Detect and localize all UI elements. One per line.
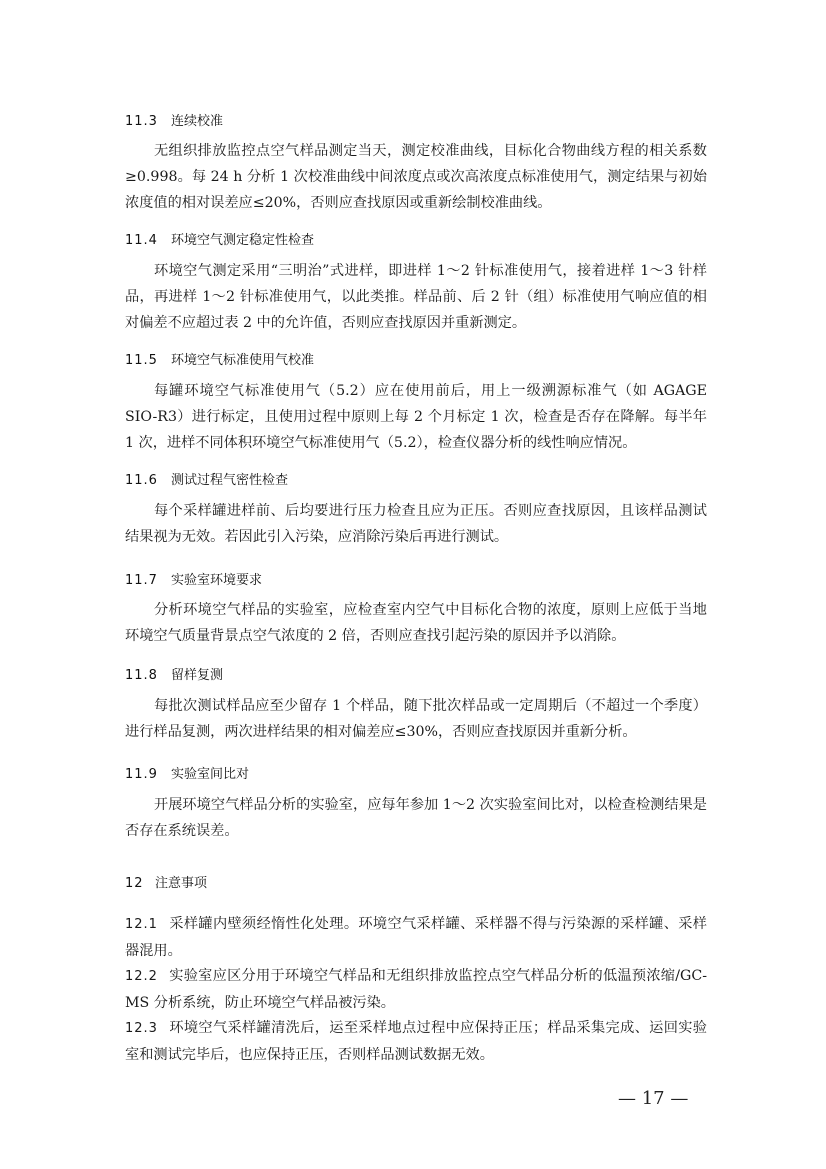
section-paragraph-11-6: 每个采样罐进样前、后均要进行压力检查且应为正压。否则应查找原因，且该样品测试结果… — [125, 498, 707, 550]
note-item-12-1: 12.1采样罐内壁须经惰性化处理。环境空气采样罐、采样器不得与污染源的采样罐、采… — [125, 911, 707, 964]
section-heading-11-5: 11.5环境空气标准使用气校准 — [125, 349, 314, 368]
section-number: 11.8 — [125, 668, 171, 683]
chapter-number: 12 — [125, 876, 155, 891]
section-heading-11-6: 11.6测试过程气密性检查 — [125, 469, 288, 488]
section-heading-11-9: 11.9实验室间比对 — [125, 763, 249, 782]
section-heading-11-8: 11.8留样复测 — [125, 664, 223, 683]
section-number: 11.5 — [125, 353, 171, 368]
section-number: 11.9 — [125, 767, 171, 782]
section-heading-11-4: 11.4环境空气测定稳定性检查 — [125, 229, 314, 248]
section-title: 实验室环境要求 — [171, 573, 262, 588]
section-title: 留样复测 — [171, 668, 223, 683]
section-paragraph-11-9: 开展环境空气样品分析的实验室，应每年参加 1～2 次实验室间比对，以检查检测结果… — [125, 792, 707, 844]
section-paragraph-11-3: 无组织排放监控点空气样品测定当天，测定校准曲线，目标化合物曲线方程的相关系数≥0… — [125, 138, 707, 216]
page-number: — 17 — — [618, 1088, 688, 1109]
note-text: 实验室应区分用于环境空气样品和无组织排放监控点空气样品分析的低温预浓缩/GC-M… — [125, 968, 707, 1011]
section-title: 测试过程气密性检查 — [171, 473, 288, 488]
note-text: 环境空气采样罐清洗后，运至采样地点过程中应保持正压；样品采集完成、运回实验室和测… — [125, 1020, 707, 1063]
note-item-12-3: 12.3环境空气采样罐清洗后，运至采样地点过程中应保持正压；样品采集完成、运回实… — [125, 1015, 707, 1068]
section-paragraph-11-4: 环境空气测定采用“三明治”式进样，即进样 1～2 针标准使用气，接着进样 1～3… — [125, 258, 707, 336]
note-item-12-2: 12.2实验室应区分用于环境空气样品和无组织排放监控点空气样品分析的低温预浓缩/… — [125, 963, 707, 1016]
section-number: 11.6 — [125, 473, 171, 488]
section-number: 11.3 — [125, 114, 171, 129]
section-number: 11.4 — [125, 233, 171, 248]
note-text: 采样罐内壁须经惰性化处理。环境空气采样罐、采样器不得与污染源的采样罐、采样器混用… — [125, 916, 707, 959]
section-title: 环境空气标准使用气校准 — [171, 353, 314, 368]
section-title: 实验室间比对 — [171, 767, 249, 782]
chapter-heading-12: 12注意事项 — [125, 872, 207, 891]
section-paragraph-11-5: 每罐环境空气标准使用气（5.2）应在使用前后，用上一级溯源标准气（如 AGAGE… — [125, 378, 707, 456]
section-paragraph-11-7: 分析环境空气样品的实验室，应检查室内空气中目标化合物的浓度，原则上应低于当地环境… — [125, 597, 707, 649]
note-number: 12.2 — [125, 964, 169, 990]
section-number: 11.7 — [125, 573, 171, 588]
note-number: 12.3 — [125, 1016, 169, 1042]
chapter-title: 注意事项 — [155, 876, 207, 891]
section-title: 环境空气测定稳定性检查 — [171, 233, 314, 248]
section-heading-11-3: 11.3连续校准 — [125, 110, 223, 129]
section-title: 连续校准 — [171, 114, 223, 129]
note-number: 12.1 — [125, 912, 169, 938]
section-paragraph-11-8: 每批次测试样品应至少留存 1 个样品，随下批次样品或一定周期后（不超过一个季度）… — [125, 693, 707, 745]
section-heading-11-7: 11.7实验室环境要求 — [125, 569, 262, 588]
